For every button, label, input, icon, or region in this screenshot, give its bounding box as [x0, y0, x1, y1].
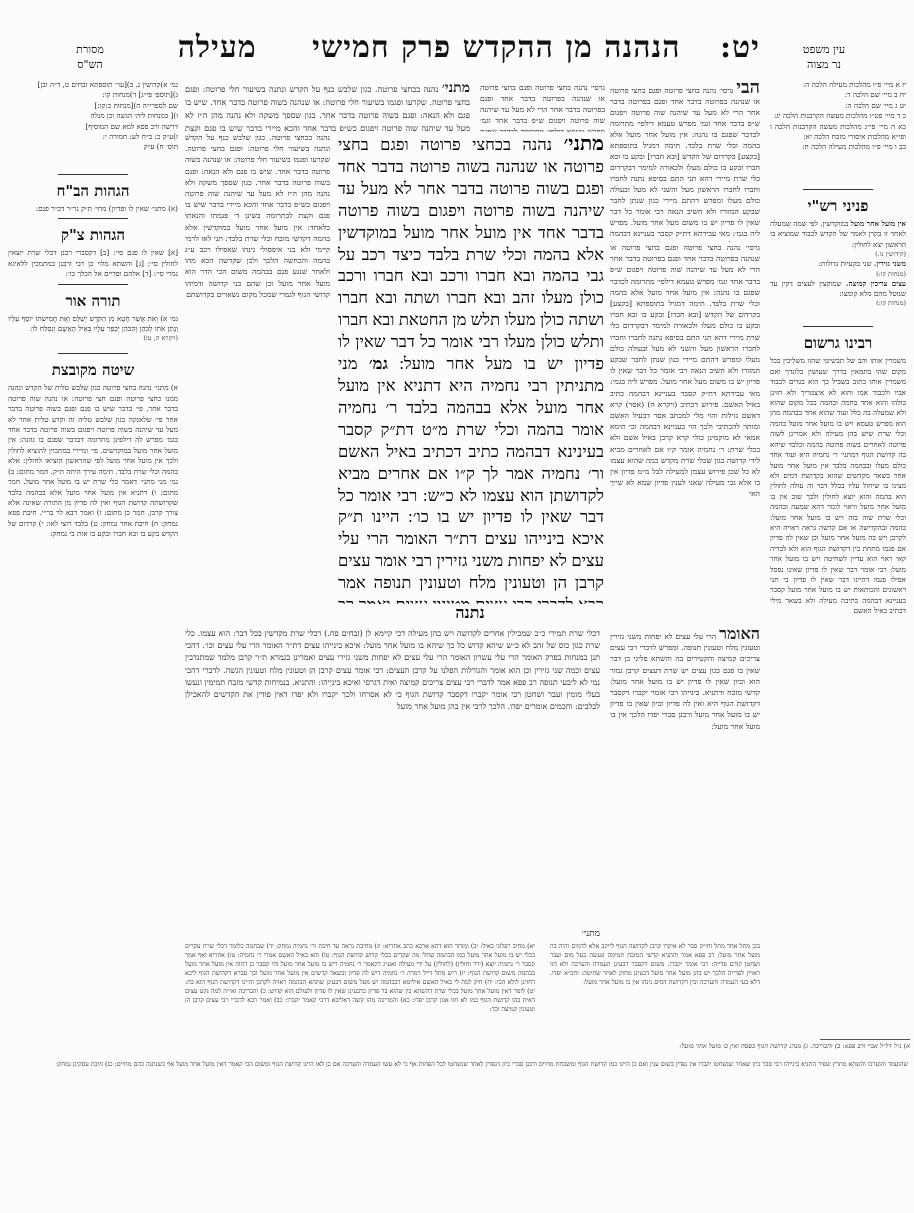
rashi-column: נהנה בכחצי פרוטה. כגון שלבש כנף על הקדש … — [185, 132, 330, 602]
source-ref: (קידושין נו.) — [770, 250, 906, 259]
ornament-divider-icon — [8, 280, 178, 290]
hagahot-tzk-title: הגהות צ"ק — [8, 226, 178, 245]
tosafot-lower: דכלי שרת תמירי כ״כ שמכילין אחרים לקדושה … — [185, 628, 600, 928]
hagahot-habach-title: הגהות הב"ח — [8, 182, 178, 201]
ein-mishpat-entry: כ ד מיי׳ פט״ו מהלכות מעשה הקרבנות הלכה י… — [770, 111, 906, 121]
gemara-end-word: נתנה — [420, 603, 520, 623]
bottom-notes-right: בכן מתל אחר מתל וחי״ק סבר לא איקרו קרבן … — [550, 942, 760, 1032]
masoret-entry: ז)ע״ק כ: ב״ח לע: חמורה י: — [8, 132, 178, 142]
rabbeinu-gershom-text: משמרין אותו והב של תבשיטי שהוו משליבין ב… — [770, 356, 906, 996]
tosafot-continued: גרסי׳ נהנה בחצי פרוטה ופגם בחצי פרוטה או… — [480, 82, 605, 132]
ein-mishpat-entry: יח ב מיי׳ שם הלכה ד: — [770, 90, 906, 100]
pninei-rashi-title: פניני רש"י — [770, 197, 906, 216]
hagahot-tzk-text: [א] שאין לו פגם סי׳: [ב] דקסברי רבנן דכל… — [8, 248, 178, 279]
bottom-notes-left: יא) מחיב רפלוגי באיל: יב) ומותר הוא דהא … — [185, 942, 535, 1052]
tractate-name: מעילה — [178, 30, 257, 65]
rabbeinu-gershom-title: רבינו גרשום — [770, 334, 906, 353]
torah-or-text: גמ׳ א) וְאֵת אֲשֶׁר חָטָא מִן הַקֹּדֶשׁ … — [8, 314, 178, 335]
source-ref: (מנחות קו:) — [770, 270, 906, 279]
ornament-divider-icon — [8, 214, 178, 224]
ornament-divider-icon — [8, 349, 178, 359]
rashi-top: מתני׳ נהנה בכחצי פרוטה. כגון שלבש כנף על… — [185, 82, 470, 132]
masoret-hashas: גמ׳ א)קדושין נ. ב)[ער׳ תוספתא זבחים ט, ד… — [8, 80, 178, 170]
pninei-entry: משני גזירין. שני בקעיות גדולות: — [770, 259, 906, 269]
ein-mishpat-heading: עין משפט נר מצוה — [774, 42, 874, 72]
left-margin: גמ׳ א)קדושין נ. ב)[ער׳ תוספתא זבחים ט, ד… — [8, 80, 178, 1020]
masoret-entry: גמ׳ א)קדושין נ. ב)[ער׳ תוספתא זבחים ט, ד… — [8, 80, 178, 90]
ein-mishpat-entry: כב ו מיי׳ פ״ו מהלכות מעילה הלכה ח: — [770, 142, 906, 152]
masoret-entry: תוס׳ ח) ע״ק — [8, 142, 178, 152]
tosafot-column: גרסי׳ נהנה בחצי פרוטה ופגם בחצי פרוטה או… — [610, 242, 760, 602]
torah-or-ref: (ויקרא ה, טז) — [8, 334, 178, 343]
footnote-rule — [820, 1039, 910, 1040]
lower-end-label: מתני׳ — [530, 928, 600, 939]
masoret-entry: דרשה ורב פפא למא שם המוסיף] — [8, 122, 178, 132]
masoret-entry: שם לספרי״ה ה)[מנחות כ:קו:] — [8, 101, 178, 111]
shita-mekubetzet-title: שיטה מקובצת — [8, 361, 178, 380]
gemara-label: גמ׳ — [369, 354, 388, 373]
torah-or-title: תורה אור — [8, 292, 178, 311]
mishna-opening: מתני׳ — [564, 134, 604, 155]
pninei-entry: אין מועל אחר מועל במוקדשין. לפי שמה שמעל… — [770, 219, 906, 250]
tosafot-top: הבי גרסי׳ נהנה בחצי פרוטה ופגם בחצי פרוט… — [610, 82, 760, 242]
ein-mishpat-entry: כא ה מיי׳ פי״ג מהלכות מעשה הקרבנות הלכה … — [770, 122, 906, 143]
ein-mishpat-entry: יט ג מיי׳ שם הלכה ה: — [770, 101, 906, 111]
gemara-text: מתני׳ נהנה בכחצי פרוטה ופגם בחצי פרוטה א… — [338, 134, 604, 604]
masoret-heading: מסורת הש"ס — [40, 42, 140, 72]
chapter-title: הנהנה מן ההקדש פרק חמישי — [312, 30, 680, 65]
source-ref: (מנחות קו:) — [770, 299, 906, 308]
page-header: יט: הנהנה מן ההקדש פרק חמישי מעילה — [300, 30, 760, 65]
bottom-notes-continued: שהועמד והוערכו והשתא מתרץ שפיר התניא בינ… — [8, 1060, 908, 1080]
hagahot-habach-text: (א) מתני׳ שאין לו ופדיון) מחי׳ ת״ק נר״ר … — [8, 204, 178, 214]
shita-mekubetzet-text: א) מתני׳ נהנה בחצי פרוטה כגון שלבש טלית … — [8, 383, 178, 1003]
ornament-divider-icon — [770, 322, 906, 332]
ein-mishpat-list: יז א מיי׳ פ״ו מהלכות מעילה הלכה ה: יח ב … — [770, 80, 906, 185]
daf-number: יט: — [720, 30, 760, 65]
ornament-divider-icon — [770, 185, 906, 195]
masoret-entry: ו)[ כמנחות ליה׳ הגשה וכן מנלה — [8, 111, 178, 121]
pninei-rashi-text: אין מועל אחר מועל במוקדשין. לפי שמה שמעל… — [770, 219, 906, 308]
ein-mishpat-entry: יז א מיי׳ פ״ו מהלכות מעילה הלכה ה: — [770, 80, 906, 90]
footnote: א) נ״ל דל״ל אביי ורב פפא: ב) והבריכה. ג)… — [550, 1042, 910, 1051]
ornament-divider-icon — [8, 170, 178, 180]
pninei-entry: עצים צריכין קמיצה. שמוקצין לעצים דקין עד… — [770, 279, 906, 300]
masoret-entry: ג)[תוספ׳ פי״ג] ד)מנחות קו: — [8, 90, 178, 100]
rashi-lower: האומר הרי עלי עצים לא יפחות משני גזירין … — [610, 628, 760, 928]
right-margin: יז א מיי׳ פ״ו מהלכות מעילה הלכה ה: יח ב … — [770, 80, 906, 1020]
